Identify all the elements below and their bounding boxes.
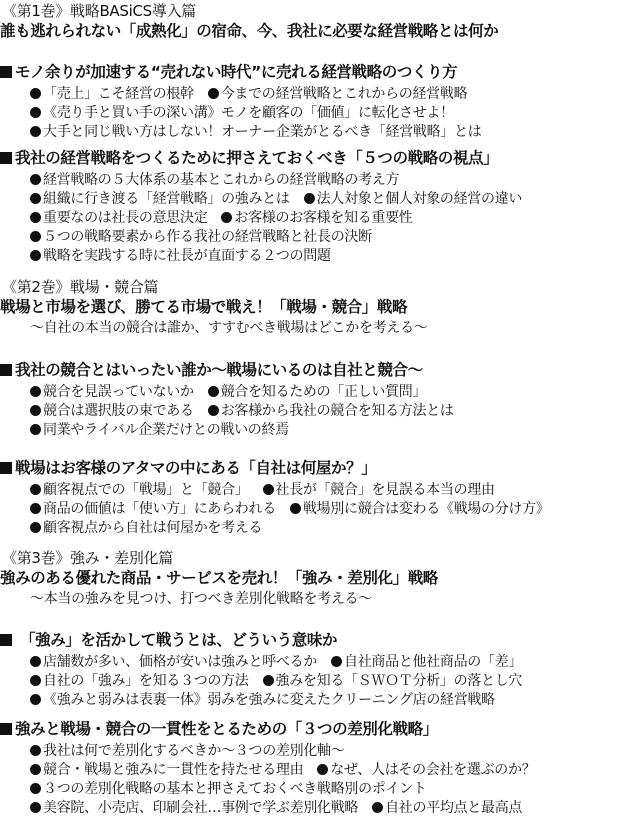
- bullet-row: 「売上」こそ経営の根幹今までの経営戦略とこれからの経営戦略: [30, 84, 467, 104]
- bullet-item: 法人対象と個人対象の経営の違い: [304, 189, 523, 209]
- volume-3-tagline: ～本当の強みを見つけ、打つべき差別化戦略を考える～: [30, 589, 372, 609]
- bullet-row: 競合を見誤っていないか競合を知るための「正しい質問」: [30, 382, 426, 402]
- volume-2-subtitle: 戦場と市場を選び、勝てる市場で戦え！「戦場・競合」戦略: [0, 297, 407, 317]
- bullet-row: 自社の「強み」を知る３つの方法強みを知る「ＳＷＯＴ分析」の落とし穴: [30, 671, 522, 691]
- square-bullet-icon: [0, 152, 12, 164]
- bullet-item: 顧客視点から自社は何屋かを考える: [30, 518, 262, 538]
- bullet-icon: [30, 783, 41, 794]
- bullet-row: 店舗数が多い、価格が安いは強みと呼べるか自社商品と他社商品の「差」: [30, 652, 522, 672]
- bullet-icon: [30, 522, 41, 533]
- square-bullet-icon: [0, 634, 12, 646]
- bullet-row: 重要なのは社長の意思決定お客様のお客様を知る重要性: [30, 208, 413, 228]
- bullet-item: 美容院、小売店、印刷会社…事例で学ぶ差別化戦略: [30, 798, 358, 818]
- bullet-item: 《売り手と買い手の深い溝》モノを顧客の「価値」に転化させよ！: [30, 103, 454, 123]
- volume-2-tagline: ～自社の本当の競合は誰か、すすむべき戦場はどこかを考える～: [30, 318, 427, 338]
- bullet-item: 今までの経営戦略とこれからの経営戦略: [208, 84, 468, 104]
- bullet-item: 自社商品と他社商品の「差」: [331, 652, 522, 672]
- bullet-item: 《強みと弱みは表裏一体》弱みを強みに変えたクリーニング店の経営戦略: [30, 690, 495, 710]
- bullet-icon: [331, 656, 342, 667]
- bullet-icon: [304, 193, 315, 204]
- bullet-item: 戦略を実践する時に社長が直面する２つの問題: [30, 246, 331, 266]
- bullet-icon: [30, 675, 41, 686]
- bullet-item: 我社は何で差別化するべきか～３つの差別化軸～: [30, 741, 344, 761]
- bullet-icon: [208, 386, 219, 397]
- bullet-item: なぜ、人はその会社を選ぶのか？: [317, 760, 535, 780]
- bullet-item: お客様から我社の競合を知る方法とは: [208, 401, 454, 421]
- bullet-row: 商品の価値は「使い方」にあらわれる戦場別に競合は変わる《戦場の分け方》: [30, 499, 550, 519]
- bullet-icon: [30, 88, 41, 99]
- bullet-icon: [30, 764, 41, 775]
- bullet-item: 社長が「競合」を見誤る本当の理由: [263, 480, 495, 500]
- bullet-item: 自社の平均点と最高点: [372, 798, 522, 818]
- bullet-item: ５つの戦略要素から作る我社の経営戦略と社長の決断: [30, 227, 372, 247]
- bullet-icon: [30, 405, 41, 416]
- bullet-icon: [30, 802, 41, 813]
- bullet-icon: [30, 386, 41, 397]
- section-heading: 我社の経営戦略をつくるために押さえておくべき「５つの戦略の視点」: [0, 148, 498, 168]
- bullet-item: 組織に行き渡る「経営戦略」の強みとは: [30, 189, 290, 209]
- bullet-item: 店舗数が多い、価格が安いは強みと呼べるか: [30, 652, 317, 672]
- bullet-row: 《売り手と買い手の深い溝》モノを顧客の「価値」に転化させよ！: [30, 103, 454, 123]
- bullet-item: 競合を知るための「正しい質問」: [208, 382, 427, 402]
- section-heading: 強みと戦場・競合の一貫性をとるための「３つの差別化戦略」: [0, 719, 438, 739]
- bullet-icon: [30, 694, 41, 705]
- volume-2-title: 《第2巻》戦場・競合篇: [2, 277, 158, 297]
- bullet-row: 経営戦略の５大体系の基本とこれからの経営戦略の考え方: [30, 170, 399, 190]
- bullet-icon: [30, 126, 41, 137]
- bullet-icon: [30, 503, 41, 514]
- bullet-icon: [208, 88, 219, 99]
- bullet-icon: [30, 250, 41, 261]
- volume-3-subtitle: 強みのある優れた商品・サービスを売れ！「強み・差別化」戦略: [0, 568, 438, 588]
- bullet-item: 経営戦略の５大体系の基本とこれからの経営戦略の考え方: [30, 170, 399, 190]
- bullet-row: ５つの戦略要素から作る我社の経営戦略と社長の決断: [30, 227, 372, 247]
- bullet-item: 競合・戦場と強みに一貫性を持たせる理由: [30, 760, 303, 780]
- bullet-icon: [30, 745, 41, 756]
- bullet-item: 商品の価値は「使い方」にあらわれる: [30, 499, 276, 519]
- bullet-icon: [30, 231, 41, 242]
- bullet-icon: [208, 405, 219, 416]
- section-heading: モノ余りが加速する“売れない時代”に売れる経営戦略のつくり方: [0, 62, 457, 82]
- bullet-row: 競合は選択肢の束であるお客様から我社の競合を知る方法とは: [30, 401, 454, 421]
- bullet-row: 美容院、小売店、印刷会社…事例で学ぶ差別化戦略自社の平均点と最高点: [30, 798, 522, 818]
- bullet-row: 競合・戦場と強みに一貫性を持たせる理由なぜ、人はその会社を選ぶのか？: [30, 760, 535, 780]
- bullet-item: 戦場別に競合は変わる《戦場の分け方》: [290, 499, 550, 519]
- bullet-row: 顧客視点での「戦場」と「競合」社長が「競合」を見誤る本当の理由: [30, 480, 495, 500]
- bullet-icon: [221, 212, 232, 223]
- bullet-item: 大手と同じ戦い方はしない！オーナー企業がとるべき「経営戦略」とは: [30, 122, 481, 142]
- square-bullet-icon: [0, 364, 12, 376]
- bullet-row: 同業やライバル企業だけとの戦いの終焉: [30, 420, 289, 440]
- square-bullet-icon: [0, 66, 12, 78]
- bullet-item: 重要なのは社長の意思決定: [30, 208, 207, 228]
- bullet-item: お客様のお客様を知る重要性: [221, 208, 412, 228]
- bullet-row: ３つの差別化戦略の基本と押さえておくべき戦略別のポイント: [30, 779, 427, 799]
- section-heading: 「強み」を活かして戦うとは、どういう意味か: [0, 630, 337, 650]
- bullet-icon: [30, 212, 41, 223]
- bullet-row: 組織に行き渡る「経営戦略」の強みとは法人対象と個人対象の経営の違い: [30, 189, 522, 209]
- section-heading: 戦場はお客様のアタマの中にある「自社は何屋か？」: [0, 458, 376, 478]
- bullet-icon: [30, 193, 41, 204]
- bullet-item: 「売上」こそ経営の根幹: [30, 84, 194, 104]
- bullet-item: 競合を見誤っていないか: [30, 382, 194, 402]
- volume-3-title: 《第3巻》強み・差別化篇: [2, 548, 173, 568]
- bullet-row: 《強みと弱みは表裏一体》弱みを強みに変えたクリーニング店の経営戦略: [30, 690, 495, 710]
- bullet-icon: [263, 484, 274, 495]
- bullet-icon: [30, 107, 41, 118]
- bullet-icon: [290, 503, 301, 514]
- bullet-item: 自社の「強み」を知る３つの方法: [30, 671, 249, 691]
- section-heading: 我社の競合とはいったい誰か～戦場にいるのは自社と競合～: [0, 360, 423, 380]
- bullet-item: 同業やライバル企業だけとの戦いの終焉: [30, 420, 289, 440]
- bullet-item: 強みを知る「ＳＷＯＴ分析」の落とし穴: [263, 671, 523, 691]
- square-bullet-icon: [0, 723, 12, 735]
- bullet-icon: [30, 484, 41, 495]
- square-bullet-icon: [0, 462, 12, 474]
- bullet-icon: [30, 656, 41, 667]
- bullet-item: ３つの差別化戦略の基本と押さえておくべき戦略別のポイント: [30, 779, 427, 799]
- volume-1-subtitle: 誰も逃れられない「成熟化」の宿命、今、我社に必要な経営戦略とは何か: [0, 21, 498, 41]
- bullet-row: 我社は何で差別化するべきか～３つの差別化軸～: [30, 741, 344, 761]
- bullet-row: 顧客視点から自社は何屋かを考える: [30, 518, 262, 538]
- bullet-row: 大手と同じ戦い方はしない！オーナー企業がとるべき「経営戦略」とは: [30, 122, 481, 142]
- bullet-item: 顧客視点での「戦場」と「競合」: [30, 480, 249, 500]
- bullet-row: 戦略を実践する時に社長が直面する２つの問題: [30, 246, 331, 266]
- volume-1-title: 《第1巻》戦略BASiCS導入篇: [2, 1, 196, 21]
- bullet-icon: [30, 424, 41, 435]
- bullet-icon: [372, 802, 383, 813]
- bullet-icon: [263, 675, 274, 686]
- bullet-icon: [30, 174, 41, 185]
- bullet-icon: [317, 764, 328, 775]
- bullet-item: 競合は選択肢の束である: [30, 401, 194, 421]
